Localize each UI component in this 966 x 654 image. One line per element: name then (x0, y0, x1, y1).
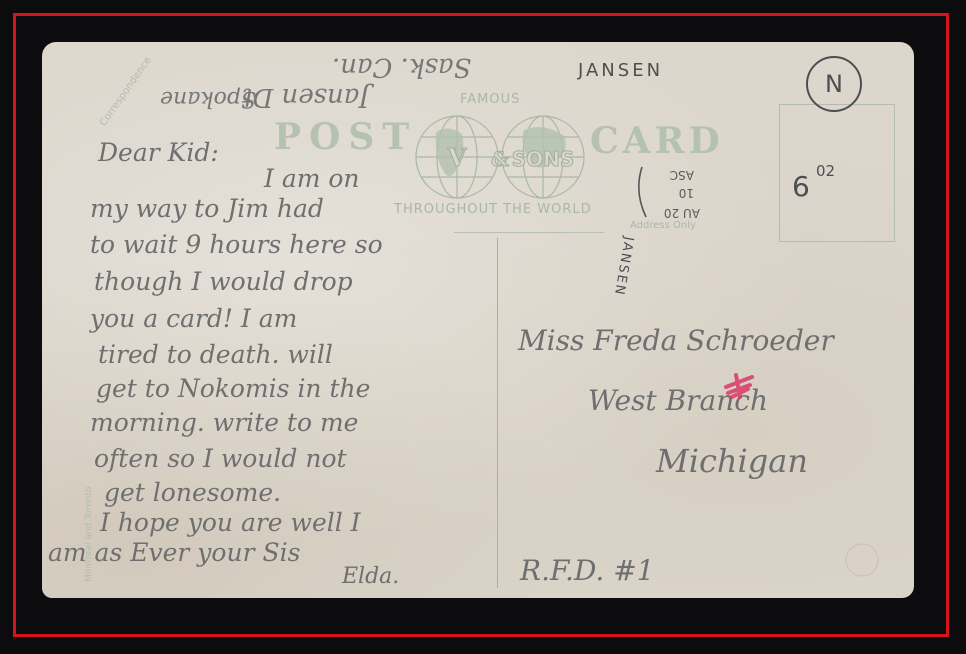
postmark-town: JANSEN (611, 235, 636, 297)
message-line: tired to death. will (98, 340, 333, 369)
postmark-icon: AU 20 10 ASC (632, 137, 742, 247)
stamp-note-sup: 02 (816, 162, 835, 180)
message-line: often so I would not (94, 444, 347, 473)
divider-top-line (454, 232, 604, 233)
message-line: my way to Jim had (90, 194, 324, 223)
printed-famous: FAMOUS (460, 92, 520, 107)
svg-text:ASC: ASC (670, 168, 694, 182)
circled-letter-n: N (806, 56, 862, 112)
red-ink-mark-icon (722, 367, 758, 403)
message-line: though I would drop (94, 267, 353, 296)
upside-line-1: Sask. Can. (332, 52, 471, 82)
faint-circle-mark-icon (842, 540, 882, 580)
message-line: Dear Kid: (98, 138, 219, 167)
printed-throughout-world: THROUGHOUT THE WORLD (394, 202, 592, 217)
message-line: I am on (264, 164, 360, 193)
svg-text:V: V (447, 143, 467, 172)
label-jansen: JANSEN (578, 60, 663, 81)
upside-line-3: Spokane (160, 86, 256, 111)
svg-text:AU 20: AU 20 (664, 206, 700, 220)
message-line: am as Ever your Sis (48, 538, 300, 567)
printed-post: POST (274, 116, 417, 158)
svg-text:&: & (491, 147, 509, 171)
twin-globes-logo-icon: V & SONS (414, 112, 586, 202)
postcard-back: FAMOUS POST CARD THROUGHOUT THE WORLD Ad… (42, 42, 914, 598)
message-signature: Elda. (342, 564, 399, 589)
address-state: Michigan (656, 442, 808, 480)
address-route: R.F.D. #1 (520, 554, 654, 587)
message-line: get lonesome. (104, 478, 281, 507)
circle-letter: N (825, 70, 843, 98)
address-name: Miss Freda Schroeder (518, 324, 834, 357)
stamp-note: 6 (792, 170, 810, 203)
message-line: morning. write to me (90, 408, 358, 437)
message-line: get to Nokomis in the (96, 374, 370, 403)
message-line: to wait 9 hours here so (90, 230, 383, 259)
printed-correspondence: Correspondence (98, 55, 154, 128)
upside-line-2: Jansen Dt (242, 82, 370, 112)
svg-text:10: 10 (679, 186, 694, 200)
message-line: you a card! I am (90, 304, 297, 333)
center-divider-line (497, 238, 498, 588)
printed-side-imprint: Montreal and Toronto (84, 487, 94, 582)
message-line: I hope you are well I (100, 508, 361, 537)
svg-text:SONS: SONS (512, 147, 575, 171)
